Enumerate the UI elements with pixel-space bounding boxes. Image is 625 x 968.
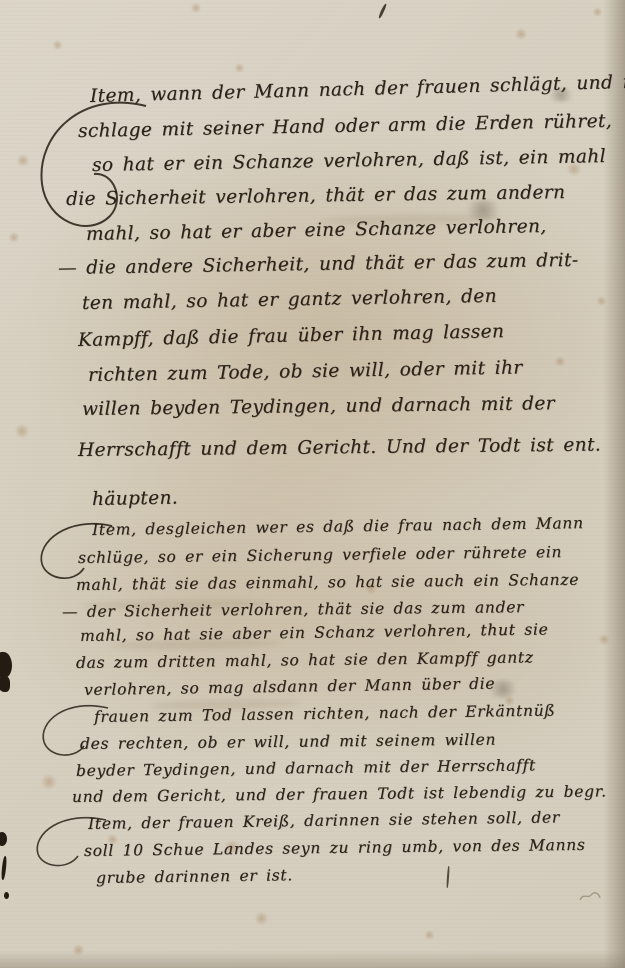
- manuscript-line: — der Sicherheit verlohren, thät sie das…: [62, 598, 524, 621]
- manuscript-line: mahl, so hat sie aber ein Schanz verlohr…: [80, 620, 549, 645]
- manuscript-line: ten mahl, so hat er gantz verlohren, den: [82, 286, 497, 314]
- ink-fragment-top-edge: [378, 3, 387, 19]
- fox-stain: [8, 232, 20, 243]
- fox-stain: [598, 634, 610, 645]
- manuscript-line: das zum dritten mahl, so hat sie den Kam…: [76, 648, 534, 672]
- manuscript-line: soll 10 Schue Landes seyn zu ring umb, v…: [84, 836, 586, 860]
- manuscript-line: willen beyden Teydingen, und darnach mit…: [82, 393, 555, 420]
- manuscript-line: so hat er ein Schanze verlohren, daß ist…: [92, 146, 606, 176]
- fox-stain: [190, 3, 202, 13]
- manuscript-line: des rechten, ob er will, und mit seinem …: [80, 731, 496, 753]
- fox-stain: [514, 28, 528, 40]
- manuscript-line: Herrschafft und dem Gericht. Und der Tod…: [78, 435, 601, 461]
- fox-stain: [554, 356, 566, 367]
- manuscript-line: verlohren, so mag alsdann der Mann über …: [84, 675, 495, 699]
- manuscript-line: Item, desgleichen wer es daß die frau na…: [92, 514, 584, 539]
- manuscript-line: Item, wann der Mann nach der frauen schl…: [90, 70, 625, 107]
- ink-blot-left-edge: [0, 676, 10, 692]
- fox-stain: [14, 424, 30, 438]
- manuscript-line: häupten.: [92, 487, 178, 509]
- fox-stain: [592, 7, 603, 17]
- faint-squiggle-lower-right: [578, 890, 602, 904]
- fox-stain: [596, 296, 607, 306]
- manuscript-line: richten zum Tode, ob sie will, oder mit …: [88, 357, 523, 386]
- ink-dash-left-edge: [1, 856, 7, 880]
- manuscript-line: — die andere Sicherheit, und thät er das…: [58, 250, 579, 279]
- manuscript-line: schlüge, so er ein Sicherung verfiele od…: [78, 543, 562, 567]
- fox-stain: [52, 40, 63, 50]
- manuscript-line: Item, der frauen Kreiß, darinnen sie ste…: [88, 808, 560, 833]
- manuscript-line: Kampff, daß die frau über ihn mag lassen: [78, 321, 505, 351]
- ink-blot-left-edge: [0, 652, 12, 678]
- manuscript-page: Item, wann der Mann nach der frauen schl…: [0, 0, 625, 968]
- stray-pen-stroke-lower-middle: [446, 866, 450, 888]
- ink-dot-left-edge: [4, 892, 9, 899]
- manuscript-line: beyder Teydingen, und darnach mit der He…: [76, 756, 536, 780]
- ink-dash-left-edge: [0, 832, 7, 846]
- manuscript-line: und dem Gericht, und der frauen Todt ist…: [72, 782, 607, 806]
- manuscript-line: mahl, thät sie das einmahl, so hat sie a…: [76, 571, 579, 594]
- manuscript-line: grube darinnen er ist.: [96, 866, 293, 887]
- fox-stain: [234, 63, 245, 73]
- fox-stain: [40, 774, 58, 790]
- fox-stain: [254, 912, 269, 925]
- fox-stain: [72, 944, 85, 956]
- fox-stain: [424, 930, 435, 940]
